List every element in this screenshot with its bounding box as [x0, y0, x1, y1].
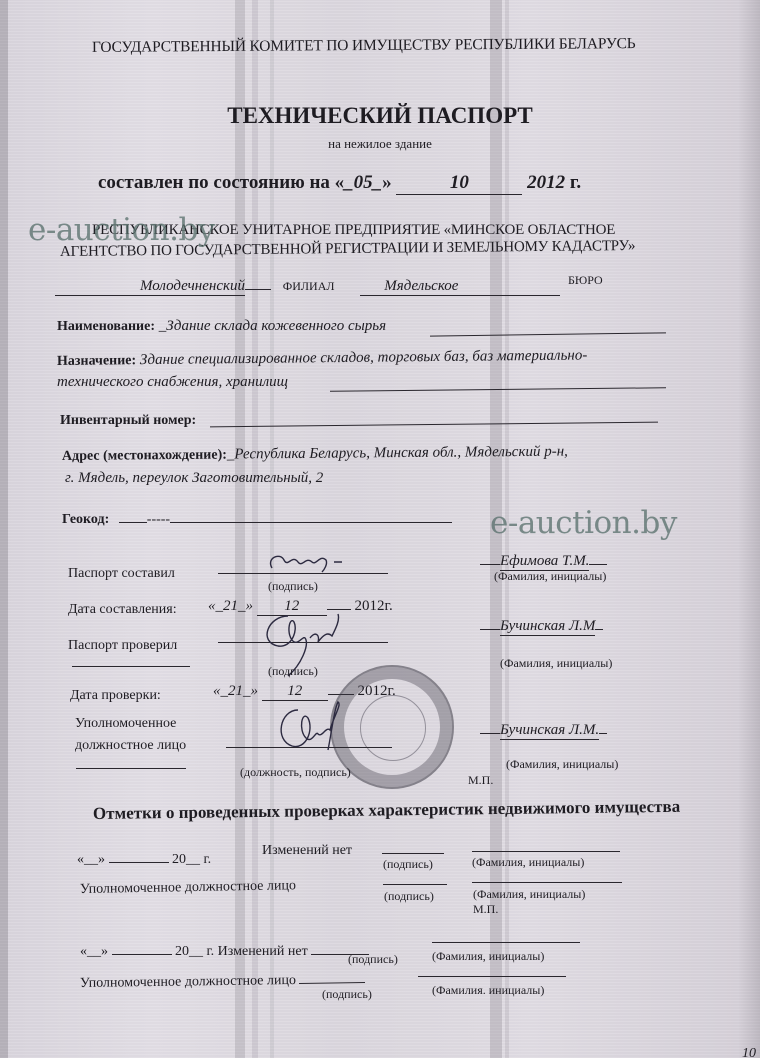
- geocode-blank: [119, 522, 147, 523]
- inspection-1-day: «__»: [77, 852, 105, 867]
- inspection-1-official-name-line: [472, 882, 622, 883]
- inspection-1-official-sign-line: [383, 884, 447, 885]
- authorized-name-blank: [599, 733, 607, 734]
- inspection-2-year: 20__ г.: [175, 944, 214, 959]
- state-date: составлен по состоянию на «_05_» 10 2012…: [98, 172, 581, 195]
- scan-streak: [252, 0, 258, 1058]
- compiled-date-day: _21_: [216, 598, 246, 614]
- geocode-underline: [170, 522, 452, 523]
- inspection-2-name-caption: (Фамилия, инициалы): [432, 949, 544, 964]
- branch-label: ФИЛИАЛ: [283, 279, 335, 293]
- authorized-seal-label: М.П.: [468, 773, 493, 788]
- compiled-name-blank: [480, 564, 500, 565]
- compiled-date-year: 2012г.: [355, 598, 393, 614]
- state-date-year: 2012: [527, 172, 565, 193]
- inspection-1-name-line: [472, 851, 620, 852]
- inspection-2-official-name-line: [418, 976, 566, 977]
- inspection-2-official-name-caption: (Фамилия. инициалы): [432, 983, 544, 998]
- authorized-signature: [272, 700, 352, 761]
- compiled-name-caption: (Фамилия, инициалы): [494, 569, 606, 584]
- inspection-1-year: 20__ г.: [172, 852, 211, 867]
- inspection-1-status: Изменений нет: [262, 843, 352, 859]
- compiled-signature-caption: (подпись): [268, 579, 318, 594]
- scanned-document: ГОСУДАРСТВЕННЫЙ КОМИТЕТ ПО ИМУЩЕСТВУ РЕС…: [0, 0, 760, 1058]
- geocode-row: Геокод: -----: [62, 512, 452, 528]
- checked-signature-caption: (подпись): [268, 664, 318, 679]
- address-value-1: _Республика Беларусь, Минская обл., Мяде…: [227, 444, 568, 463]
- address-value-2: г. Мядель, переулок Заготовительный, 2: [65, 470, 323, 487]
- document-subtitle: на нежилое здание: [0, 136, 760, 152]
- inspection-2-sign-caption: (подпись): [348, 952, 398, 967]
- inspection-2-name-line: [432, 942, 580, 943]
- compiled-date-label: Дата составления:: [68, 602, 177, 618]
- inspection-2-date: «__» 20__ г. Изменений нет: [80, 944, 369, 960]
- state-date-day: _05_: [344, 172, 382, 193]
- checked-name-blank: [480, 629, 500, 630]
- inspection-2-day: «__»: [80, 944, 108, 959]
- authorized-name-blank: [480, 733, 500, 734]
- watermark: e-auction.by: [28, 212, 215, 248]
- authorized-name: Бучинская Л.М.: [480, 722, 607, 740]
- inspection-2-official-sign-line: [299, 982, 365, 984]
- inspection-1-name-caption: (Фамилия, инициалы): [472, 855, 584, 870]
- geocode-value: -----: [147, 512, 170, 527]
- inspection-1-official-name-caption: (Фамилия, инициалы): [473, 887, 585, 902]
- inspection-1-sign-line: [382, 853, 444, 854]
- compiled-date-blank: [327, 609, 351, 610]
- inventory-label: Инвентарный номер:: [60, 413, 196, 429]
- state-date-prefix: составлен по состоянию на «: [98, 172, 344, 193]
- purpose-value-2: технического снабжения, хранилищ: [57, 374, 288, 391]
- checked-position-line: [72, 666, 190, 667]
- checked-date-month: 12: [262, 683, 328, 701]
- authorized-name-caption: (Фамилия, инициалы): [506, 757, 618, 772]
- inspection-1-sign-caption: (подпись): [383, 857, 433, 872]
- branch-row: Молодечненский ФИЛИАЛ Мядельское БЮРО: [55, 278, 603, 296]
- inspection-1-seal-label: М.П.: [473, 902, 498, 917]
- geocode-label: Геокод:: [62, 512, 109, 527]
- inspections-title: Отметки о проведенных проверках характер…: [93, 797, 680, 824]
- compiled-label: Паспорт составил: [68, 566, 175, 582]
- checked-date-label: Дата проверки:: [70, 688, 161, 704]
- page-mark: 10: [742, 1046, 756, 1058]
- committee-header: ГОСУДАРСТВЕННЫЙ КОМИТЕТ ПО ИМУЩЕСТВУ РЕС…: [92, 35, 636, 57]
- document-title: ТЕХНИЧЕСКИЙ ПАСПОРТ: [0, 103, 760, 129]
- bureau-label: БЮРО: [568, 273, 603, 287]
- purpose-label: Назначение:: [57, 353, 136, 369]
- checked-name: Бучинская Л.М: [480, 618, 603, 636]
- authorized-label-2: должностное лицо: [75, 738, 186, 754]
- state-date-quote: »: [382, 172, 392, 193]
- purpose-value-1: Здание специализированное складов, торго…: [140, 347, 588, 368]
- address-label: Адрес (местонахождение):: [62, 448, 227, 464]
- name-label: Наименование:: [57, 319, 155, 334]
- page-edge: [738, 0, 760, 1058]
- inspection-1-date: «__» 20__ г.: [77, 852, 211, 868]
- checked-name-value: Бучинская Л.М: [500, 618, 595, 636]
- watermark: e-auction.by: [490, 505, 677, 541]
- authorized-signature-caption: (должность, подпись): [240, 765, 351, 780]
- name-value: _Здание склада кожевенного сырья: [159, 318, 386, 334]
- compiled-name-blank: [589, 564, 607, 565]
- inspection-1-month-blank: [109, 862, 169, 863]
- branch-value: Молодечненский: [55, 278, 245, 296]
- inspection-1-official-label: Уполномоченное должностное лицо: [80, 878, 296, 898]
- authorized-position-line: [76, 768, 186, 769]
- state-date-month: 10: [396, 172, 522, 195]
- state-date-suffix: г.: [570, 172, 581, 193]
- checked-name-blank: [595, 629, 603, 630]
- scan-streak: [270, 0, 274, 1058]
- scan-streak: [235, 0, 245, 1058]
- seal-center: [360, 695, 426, 761]
- authorized-label-1: Уполномоченное: [75, 716, 176, 732]
- branch-blank: [245, 289, 271, 290]
- inspection-2-official-label-text: Уполномоченное должностное лицо: [80, 973, 296, 991]
- compiled-signature: [262, 548, 352, 579]
- name-row: Наименование: _Здание склада кожевенного…: [57, 318, 386, 335]
- inventory-field: [210, 422, 658, 428]
- inspection-1-official-sign-caption: (подпись): [384, 889, 434, 904]
- checked-name-caption: (Фамилия, инициалы): [500, 656, 612, 671]
- checked-label: Паспорт проверил: [68, 638, 177, 654]
- bureau-value: Мядельское: [360, 278, 560, 296]
- inspection-2-month-blank: [112, 954, 172, 955]
- inspection-2-official-sign-caption: (подпись): [322, 987, 372, 1002]
- page-edge: [0, 0, 8, 1058]
- checked-date-day: _21_: [221, 683, 251, 699]
- inspection-2-status: Изменений нет: [218, 944, 308, 959]
- authorized-name-value: Бучинская Л.М.: [500, 722, 599, 740]
- name-underline: [430, 332, 666, 336]
